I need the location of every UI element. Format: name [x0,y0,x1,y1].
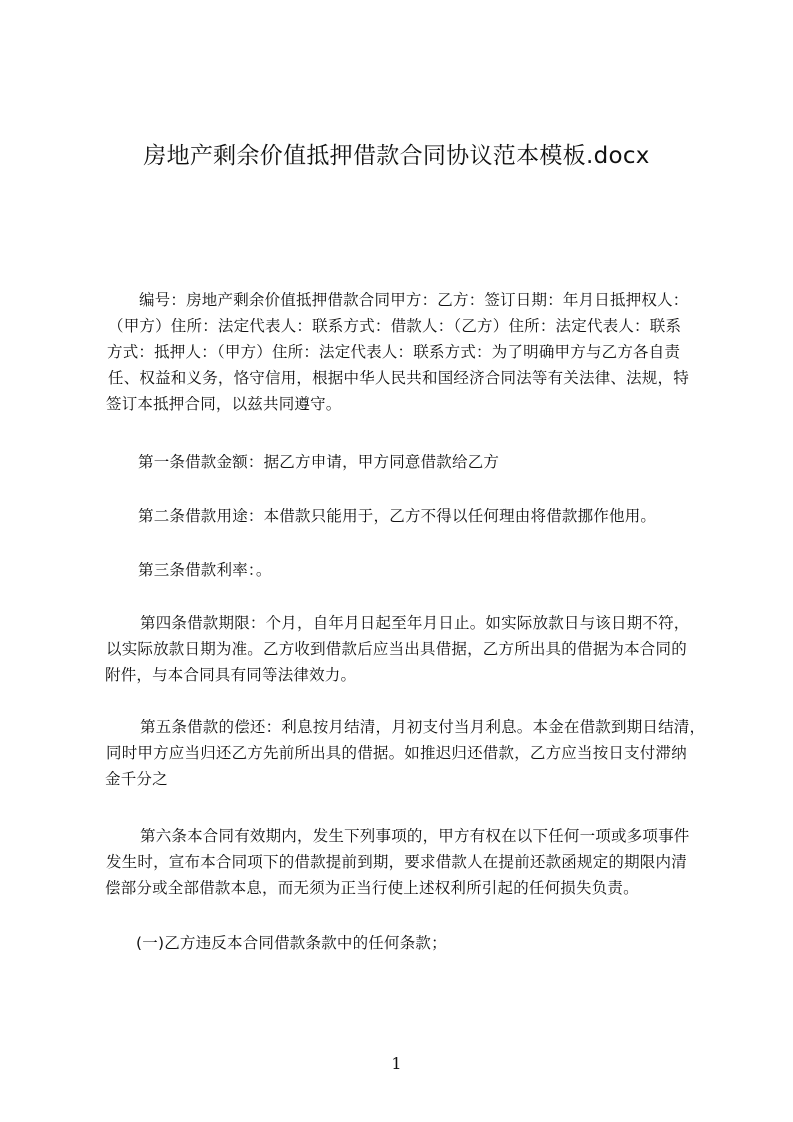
text-line: 签订本抵押合同，以兹共同遵守。 [106,393,342,415]
text-line: 偿部分或全部借款本息，而无须为正当行使上述权利所引起的任何损失负责。 [105,877,639,899]
text-line: (一)乙方违反本合同借款条款中的任何条款； [136,932,447,954]
text-line: 第二条借款用途：本借款只能用于，乙方不得以任何理由将借款挪作他用。 [138,505,656,527]
text-line: 同时甲方应当归还乙方先前所出具的借据。如推迟归还借款，乙方应当按日支付滞纳 [106,742,687,764]
text-line: 第六条本合同有效期内，发生下列事项的，甲方有权在以下任何一项或多项事件 [140,825,690,847]
text-line: 第四条借款期限：个月，自年月日起至年月日止。如实际放款日与该日期不符， [140,612,690,634]
text-line: 附件，与本合同具有同等法律效力。 [105,664,356,686]
text-line: 金千分之 [105,768,168,790]
text-line: 第一条借款金额：据乙方申请，甲方同意借款给乙方 [138,451,499,473]
document-body: 编号：房地产剩余价值抵押借款合同甲方：乙方：签订日期：年月日抵押权人： （甲方）… [0,0,700,1122]
text-line: 发生时，宣布本合同项下的借款提前到期，要求借款人在提前还款函规定的期限内清 [106,851,687,873]
text-line: 任、权益和义务，恪守信用，根据中华人民共和国经济合同法等有关法律、法规，特 [108,367,689,389]
text-line: 方式：抵押人：（甲方）住所：法定代表人：联系方式：为了明确甲方与乙方各自责 [107,341,680,363]
text-line: 第五条借款的偿还：利息按月结清，月初支付当月利息。本金在借款到期日结清， [140,716,700,738]
text-line: 第三条借款利率：。 [138,559,272,581]
text-line: 以实际放款日期为准。乙方收到借款后应当出具借据，乙方所出具的借据为本合同的 [106,638,687,660]
text-line: （甲方）住所：法定代表人：联系方式：借款人：（乙方）住所：法定代表人：联系 [108,315,681,337]
page-number: 1 [0,1054,793,1074]
document-page: 房地产剩余价值抵押借款合同协议范本模板.docx 编号：房地产剩余价值抵押借款合… [0,0,793,1122]
text-line: 编号：房地产剩余价值抵押借款合同甲方：乙方：签订日期：年月日抵押权人： [139,289,689,311]
